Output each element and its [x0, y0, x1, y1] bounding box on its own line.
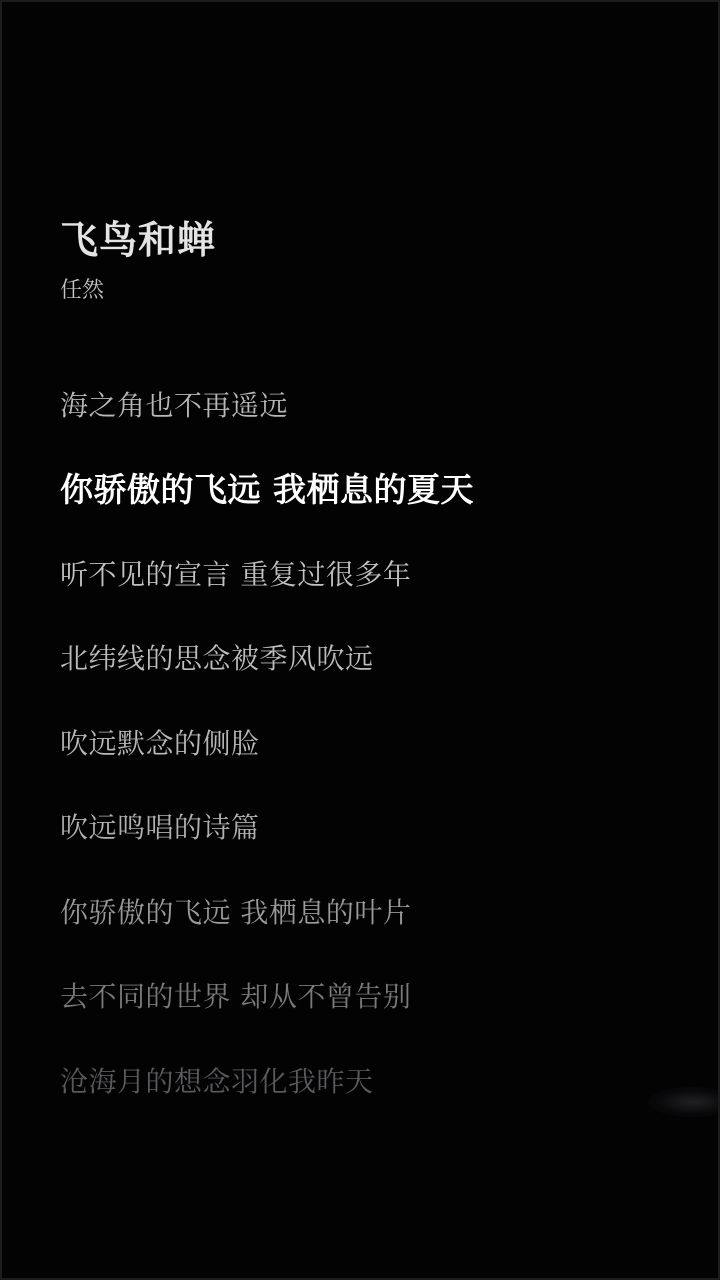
lyric-line[interactable]: 吹远鸣唱的诗篇 [60, 808, 474, 893]
lyric-line[interactable]: 海之角也不再遥远 [60, 386, 474, 471]
lyric-line[interactable]: 沧海月的想念羽化我昨天 [60, 1062, 474, 1147]
edge-glow [648, 1087, 718, 1117]
song-title: 飞鸟和蝉 [60, 216, 216, 264]
lyric-line[interactable]: 北纬线的思念被季风吹远 [60, 639, 474, 724]
lyric-line[interactable]: 吹远默念的侧脸 [60, 724, 474, 809]
artist-name[interactable]: 任然 [60, 276, 216, 306]
song-header: 飞鸟和蝉 任然 [60, 216, 216, 306]
lyric-line-current[interactable]: 你骄傲的飞远 我栖息的夏天 [60, 467, 474, 555]
lyric-line[interactable]: 你骄傲的飞远 我栖息的叶片 [60, 893, 474, 978]
lyrics-screen: 飞鸟和蝉 任然 海之角也不再遥远 你骄傲的飞远 我栖息的夏天 听不见的宣言 重复… [2, 2, 718, 1278]
lyric-line[interactable]: 去不同的世界 却从不曾告别 [60, 977, 474, 1062]
lyrics-list[interactable]: 海之角也不再遥远 你骄傲的飞远 我栖息的夏天 听不见的宣言 重复过很多年 北纬线… [60, 386, 474, 1146]
lyric-line[interactable]: 听不见的宣言 重复过很多年 [60, 555, 474, 640]
